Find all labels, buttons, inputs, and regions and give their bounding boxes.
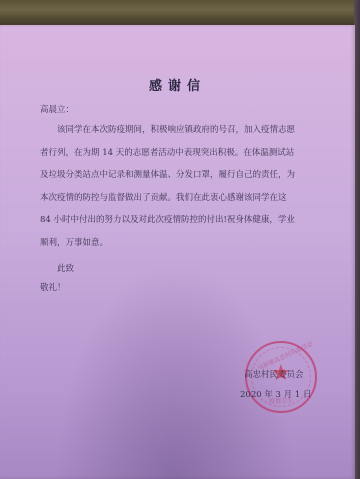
body-line: 者行列，在为期 14 天的志愿者活动中表现突出积极。在体温测试站	[40, 148, 294, 158]
letter-date: 2020 年 3 月 1 日	[240, 388, 311, 400]
body-line: 及垃圾分类站点中记录和测量体温、分发口罩，履行自己的责任，为	[40, 170, 295, 180]
thank-you-letter: 感谢信 高晨立： 该同学在本次防疫期间，积极响应镇政府的号召，加入疫情志愿 者行…	[0, 25, 355, 479]
body-line: 本次疫情的防控与监督做出了贡献。我们在此衷心感谢该同学在这	[40, 193, 287, 203]
body-line: 84 小时中付出的努力以及对此次疫情防控的付出!祝身体健康，学业	[40, 215, 295, 225]
wooden-table-background	[0, 0, 360, 28]
letter-signature: 高忠村民委员会	[244, 368, 304, 380]
closing-jingli: 敬礼！	[40, 281, 66, 293]
closing-cizhi: 此致	[57, 262, 74, 274]
letter-title: 感谢信	[0, 75, 355, 94]
letter-body: 该同学在本次防疫期间，积极响应镇政府的号召，加入疫情志愿 者行列，在为期 14 …	[40, 119, 305, 254]
body-line: 顺利，万事如意。	[40, 238, 108, 248]
body-line: 该同学在本次防疫期间，积极响应镇政府的号召，加入疫情志愿	[57, 125, 295, 135]
letter-salutation: 高晨立：	[40, 103, 74, 115]
